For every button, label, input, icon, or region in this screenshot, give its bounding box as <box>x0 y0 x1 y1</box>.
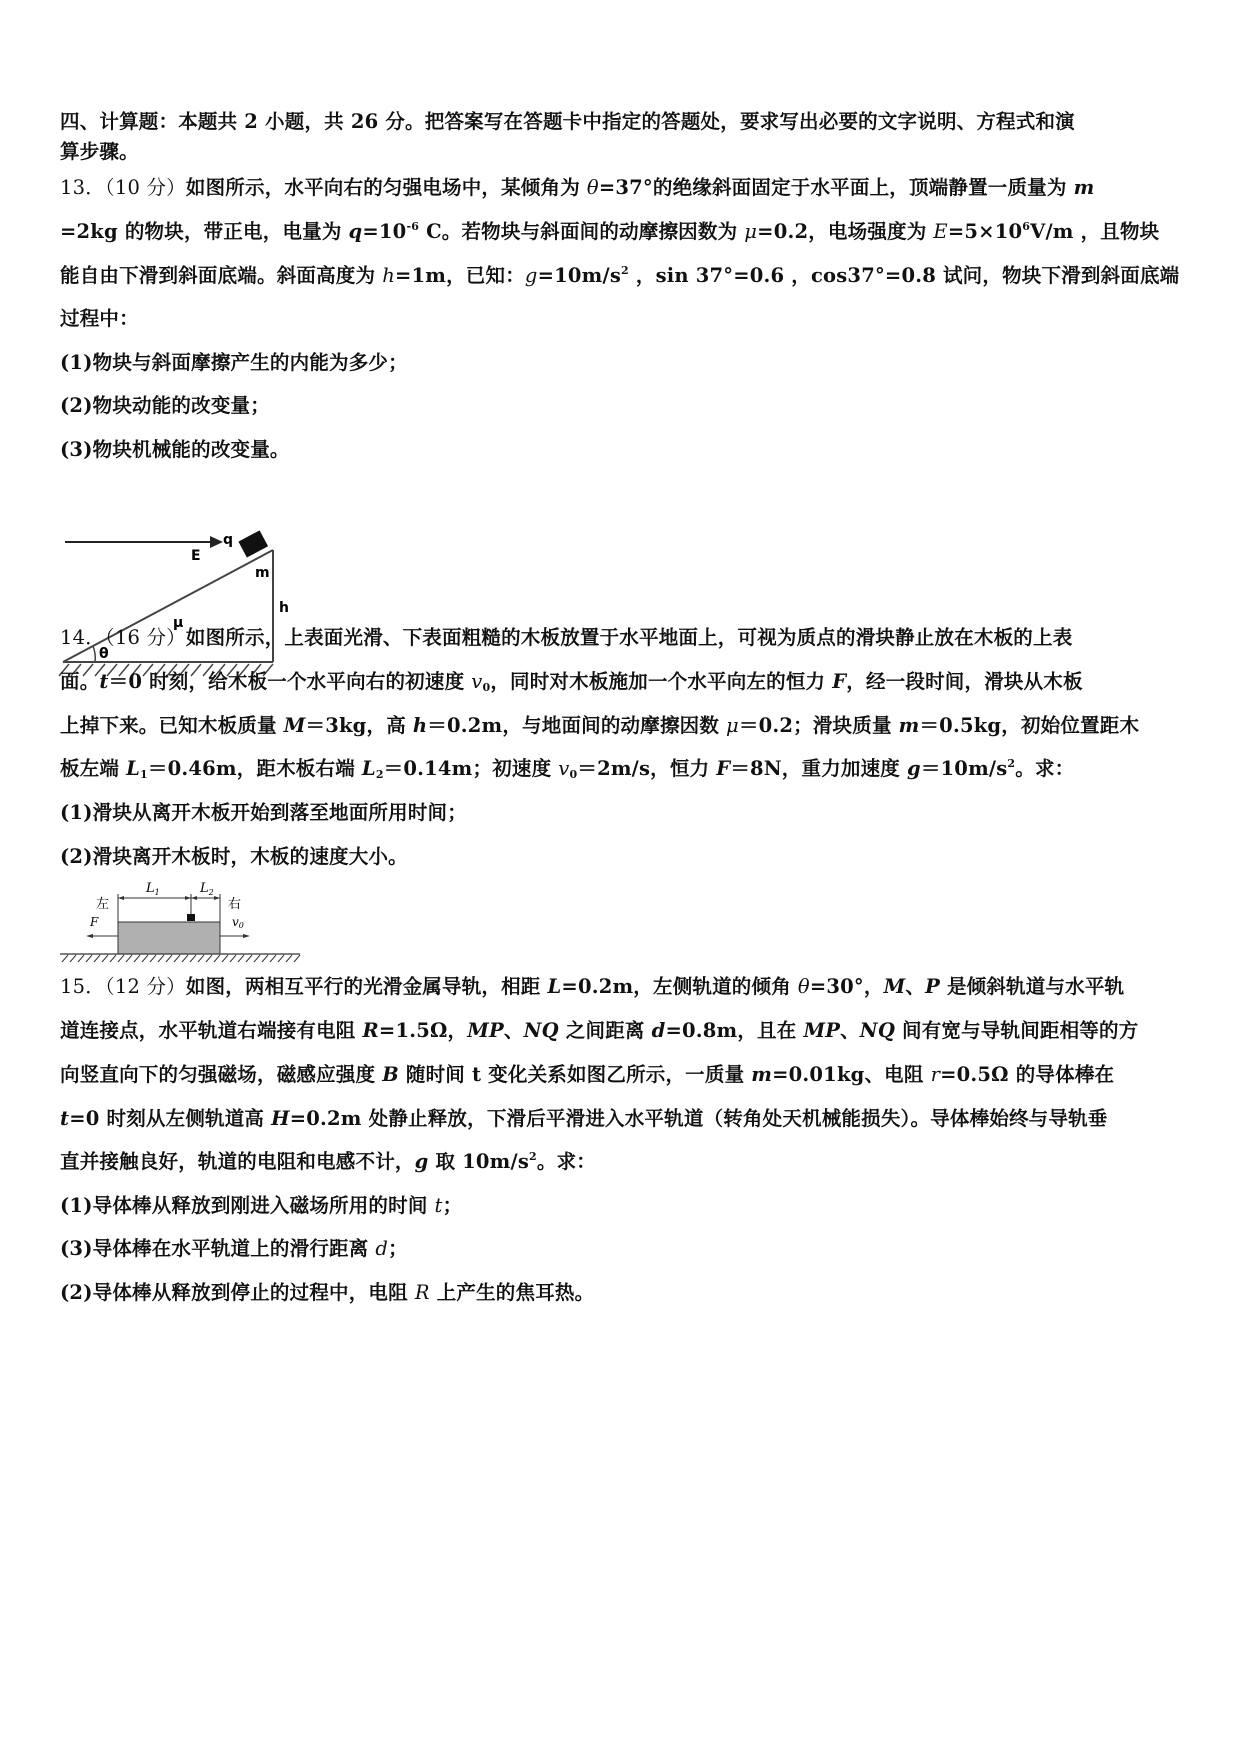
var-g: g <box>525 264 538 287</box>
var-E: E <box>933 220 947 243</box>
q15-line-4: t=0 时刻从左侧轨道高 H=0.2m 处静止释放，下滑后平滑进入水平轨道（转角… <box>60 1105 1190 1133</box>
q13-subquestion-2: (2)物块动能的改变量； <box>60 392 1190 420</box>
var-d: d <box>375 1237 388 1260</box>
q15-number: 15． <box>60 975 105 998</box>
q15-line-2: 道连接点，水平轨道右端接有电阻 R=1.5Ω，MP、NQ 之间距离 d=0.8m… <box>60 1017 1190 1045</box>
var-MP: MP <box>803 1019 840 1042</box>
q15-text: 、 <box>840 1019 860 1042</box>
q15-sub2-text: (2)导体棒从释放到停止的过程中，电阻 <box>60 1281 415 1304</box>
section-header-text: 四、计算题：本题共 2 小题，共 26 分。把答案写在答题卡中指定的答题处，要求… <box>60 110 1075 133</box>
q13-sub2-text: (2)物块动能的改变量； <box>60 394 270 417</box>
var-NQ: NQ <box>860 1019 895 1042</box>
q15-text: 直并接触良好，轨道的电阻和电感不计， <box>60 1150 415 1173</box>
var-R: R <box>415 1281 430 1304</box>
q15-text: =0.2m 处静止释放，下滑后平滑进入水平轨道（转角处天机械能损失）。导体棒始终… <box>290 1107 1108 1130</box>
slider-block <box>187 914 195 921</box>
q13-points: （10 分） <box>105 176 186 199</box>
arrow-right-icon <box>243 934 250 938</box>
q14-text: 。求： <box>1015 757 1074 780</box>
q13-text: =10 <box>362 220 406 243</box>
q15-text: 、 <box>905 975 925 998</box>
q14-text: ＝0.14m；初速度 <box>384 757 559 780</box>
q14-text: ，同时对木板施加一个水平向左的恒力 <box>490 670 832 693</box>
q14-text: ＝3kg，高 <box>306 714 413 737</box>
q15-text: 如图，两相互平行的光滑金属导轨，相距 <box>186 975 548 998</box>
var-v: v <box>471 670 482 693</box>
q13-text: =37°的绝缘斜面固定于水平面上，顶端静置一质量为 <box>599 176 1074 199</box>
var-R: R <box>363 1019 379 1042</box>
var-g: g <box>907 757 921 780</box>
q15-text: 是倾斜轨道与水平轨 <box>940 975 1124 998</box>
q13-text: =10m/s <box>538 264 621 287</box>
var-MP: MP <box>467 1019 504 1042</box>
q15-text: =0.8m，且在 <box>665 1019 803 1042</box>
var-F: F <box>716 757 730 780</box>
q15-text: 间有宽与导轨间距相等的方 <box>895 1019 1138 1042</box>
q13-text: 过程中： <box>60 307 139 330</box>
q13-number: 13． <box>60 176 105 199</box>
q13-line-3: 能自由下滑到斜面底端。斜面高度为 h=1m，已知：g=10m/s2 ，sin 3… <box>60 262 1190 290</box>
q14-sub2-text: (2)滑块离开木板时，木板的速度大小。 <box>60 845 408 868</box>
q14-text: 如图所示，上表面光滑、下表面粗糙的木板放置于水平地面上，可视为质点的滑块静止放在… <box>186 626 1073 649</box>
exponent: 2 <box>529 1150 537 1163</box>
q14-line-3: 上掉下来。已知木板质量 M＝3kg，高 h＝0.2m，与地面间的动摩擦因数 μ＝… <box>60 712 1190 740</box>
q15-text: 。求： <box>537 1150 596 1173</box>
q15-text: ； <box>388 1237 408 1260</box>
q15-text: 向竖直向下的匀强磁场，磁感应强度 <box>60 1063 382 1086</box>
var-t: t <box>99 670 108 693</box>
var-h: h <box>382 264 395 287</box>
q14-line-2: 面。t＝0 时刻，给木板一个水平向右的初速度 v0，同时对木板施加一个水平向左的… <box>60 668 1190 696</box>
q15-text: 随时间 t 变化关系如图乙所示，一质量 <box>399 1063 751 1086</box>
q15-line-1: 15．（12 分）如图，两相互平行的光滑金属导轨，相距 L=0.2m，左侧轨道的… <box>60 973 1190 1001</box>
q14-line-1: 14．（16 分）如图所示，上表面光滑、下表面粗糙的木板放置于水平地面上，可视为… <box>60 624 1190 652</box>
q13-text: ，sin 37°=0.6 ，cos37°=0.8 试问，物块下滑到斜面底端 <box>629 264 1179 287</box>
var-mu: μ <box>726 714 739 737</box>
var-theta: θ <box>587 176 599 199</box>
wooden-board <box>118 922 220 954</box>
q14-text: ＝0.2；滑块质量 <box>739 714 899 737</box>
q14-text: ＝0.5kg，初始位置距木 <box>919 714 1139 737</box>
label-F: F <box>89 915 99 929</box>
q15-text: =1.5Ω， <box>379 1019 467 1042</box>
q13-text: C。若物块与斜面间的动摩擦因数为 <box>419 220 744 243</box>
q15-text: 道连接点，水平轨道右端接有电阻 <box>60 1019 363 1042</box>
exponent: -6 <box>406 220 419 233</box>
q13-text: 如图所示，水平向右的匀强电场中，某倾角为 <box>186 176 587 199</box>
var-L1: L <box>126 757 140 780</box>
q14-text: 上掉下来。已知木板质量 <box>60 714 284 737</box>
q13-sub1-text: (1)物块与斜面摩擦产生的内能为多少； <box>60 351 408 374</box>
var-F: F <box>832 670 846 693</box>
arrow-head-icon <box>210 536 223 548</box>
q14-text: ＝10m/s <box>921 757 1008 780</box>
var-r: r <box>931 1063 941 1086</box>
q14-points: （16 分） <box>105 626 186 649</box>
q14-text: ，经一段时间，滑块从木板 <box>846 670 1082 693</box>
q13-text: V/m ，且物块 <box>1030 220 1159 243</box>
q15-text: =30°， <box>810 975 884 998</box>
section-header-text-cont: 算步骤。 <box>60 140 139 163</box>
q13-incline-figure: E q m μ h θ <box>55 530 315 680</box>
q14-sub1-text: (1)滑块从离开木板开始到落至地面所用时间； <box>60 801 467 824</box>
section-header-line-2: 算步骤。 <box>60 138 1190 166</box>
q15-sub3-text: (3)导体棒在水平轨道上的滑行距离 <box>60 1237 375 1260</box>
var-M: M <box>884 975 906 998</box>
var-g: g <box>415 1150 429 1173</box>
var-M: M <box>284 714 306 737</box>
q15-line-3: 向竖直向下的匀强磁场，磁感应强度 B 随时间 t 变化关系如图乙所示，一质量 m… <box>60 1061 1190 1089</box>
q14-number: 14． <box>60 626 105 649</box>
var-H: H <box>271 1107 290 1130</box>
q15-text: ； <box>443 1194 463 1217</box>
var-B: B <box>382 1063 399 1086</box>
subscript: 1 <box>140 768 148 781</box>
label-v0: v0 <box>232 915 244 930</box>
q14-line-4: 板左端 L1＝0.46m，距木板右端 L2＝0.14m；初速度 v0＝2m/s，… <box>60 755 1190 783</box>
var-m: m <box>899 714 920 737</box>
label-L1: L1 <box>145 881 160 897</box>
var-d: d <box>652 1019 666 1042</box>
q13-sub3-text: (3)物块机械能的改变量。 <box>60 438 290 461</box>
exponent: 6 <box>1022 220 1030 233</box>
q15-text: =0.5Ω 的导体棒在 <box>940 1063 1114 1086</box>
var-NQ: NQ <box>524 1019 559 1042</box>
var-L: L <box>547 975 561 998</box>
label-q: q <box>223 532 233 548</box>
q13-text: =0.2，电场强度为 <box>757 220 933 243</box>
var-v: v <box>558 757 569 780</box>
q14-board-figure: L1 L2 左 右 F v0 <box>60 876 310 966</box>
exponent: 2 <box>621 264 629 277</box>
q15-text: =0 时刻从左侧轨道高 <box>69 1107 271 1130</box>
q13-text: 能自由下滑到斜面底端。斜面高度为 <box>60 264 382 287</box>
label-left: 左 <box>96 897 109 912</box>
q13-text: =1m，已知： <box>395 264 525 287</box>
arrow-left-icon <box>86 934 93 938</box>
q15-subquestion-1: (1)导体棒从释放到刚进入磁场所用的时间 t； <box>60 1192 1190 1220</box>
q13-line-2: =2kg 的物块，带正电，电量为 q=10-6 C。若物块与斜面间的动摩擦因数为… <box>60 218 1190 246</box>
var-m: m <box>1074 176 1095 199</box>
q14-text: ＝2m/s，恒力 <box>577 757 716 780</box>
q14-text: ＝0.46m，距木板右端 <box>148 757 362 780</box>
var-t: t <box>60 1107 69 1130</box>
q13-subquestion-1: (1)物块与斜面摩擦产生的内能为多少； <box>60 349 1190 377</box>
ground-hatch <box>62 955 300 962</box>
q14-text: 板左端 <box>60 757 126 780</box>
label-right: 右 <box>228 897 241 912</box>
exam-page: 四、计算题：本题共 2 小题，共 26 分。把答案写在答题卡中指定的答题处，要求… <box>0 0 1240 1754</box>
q14-subquestion-2: (2)滑块离开木板时，木板的速度大小。 <box>60 843 1190 871</box>
section-header-line-1: 四、计算题：本题共 2 小题，共 26 分。把答案写在答题卡中指定的答题处，要求… <box>60 108 1190 136</box>
var-L2: L <box>362 757 376 780</box>
q13-subquestion-3: (3)物块机械能的改变量。 <box>60 436 1190 464</box>
q14-text: ＝8N，重力加速度 <box>730 757 907 780</box>
label-L2: L2 <box>199 881 214 897</box>
label-h: h <box>279 600 289 616</box>
var-q: q <box>349 220 363 243</box>
var-h: h <box>413 714 427 737</box>
label-E: E <box>191 548 201 564</box>
var-m: m <box>751 1063 772 1086</box>
charged-block <box>238 530 268 557</box>
var-mu: μ <box>744 220 757 243</box>
q14-text: ＝0.2m，与地面间的动摩擦因数 <box>427 714 726 737</box>
q15-text: 之间距离 <box>559 1019 652 1042</box>
q14-text: 面。 <box>60 670 99 693</box>
q15-text: 上产生的焦耳热。 <box>430 1281 595 1304</box>
q13-text: =5×10 <box>948 220 1022 243</box>
q15-sub1-text: (1)导体棒从释放到刚进入磁场所用的时间 <box>60 1194 435 1217</box>
q15-line-5: 直并接触良好，轨道的电阻和电感不计，g 取 10m/s2。求： <box>60 1148 1190 1176</box>
q15-text: =0.2m，左侧轨道的倾角 <box>561 975 798 998</box>
var-P: P <box>925 975 940 998</box>
q13-line-4: 过程中： <box>60 305 1190 333</box>
q15-points: （12 分） <box>105 975 186 998</box>
label-m: m <box>255 565 270 581</box>
q14-text: ＝0 时刻，给木板一个水平向右的初速度 <box>109 670 472 693</box>
subscript: 2 <box>376 768 384 781</box>
q15-text: 取 10m/s <box>428 1150 529 1173</box>
var-theta: θ <box>798 975 810 998</box>
q15-text: =0.01kg、电阻 <box>772 1063 930 1086</box>
q15-subquestion-2: (2)导体棒从释放到停止的过程中，电阻 R 上产生的焦耳热。 <box>60 1279 1190 1307</box>
q13-text: =2kg 的物块，带正电，电量为 <box>60 220 349 243</box>
q15-subquestion-3: (3)导体棒在水平轨道上的滑行距离 d； <box>60 1235 1190 1263</box>
q15-text: 、 <box>504 1019 524 1042</box>
var-t: t <box>435 1194 443 1217</box>
q13-line-1: 13．（10 分）如图所示，水平向右的匀强电场中，某倾角为 θ=37°的绝缘斜面… <box>60 174 1190 202</box>
q14-subquestion-1: (1)滑块从离开木板开始到落至地面所用时间； <box>60 799 1190 827</box>
